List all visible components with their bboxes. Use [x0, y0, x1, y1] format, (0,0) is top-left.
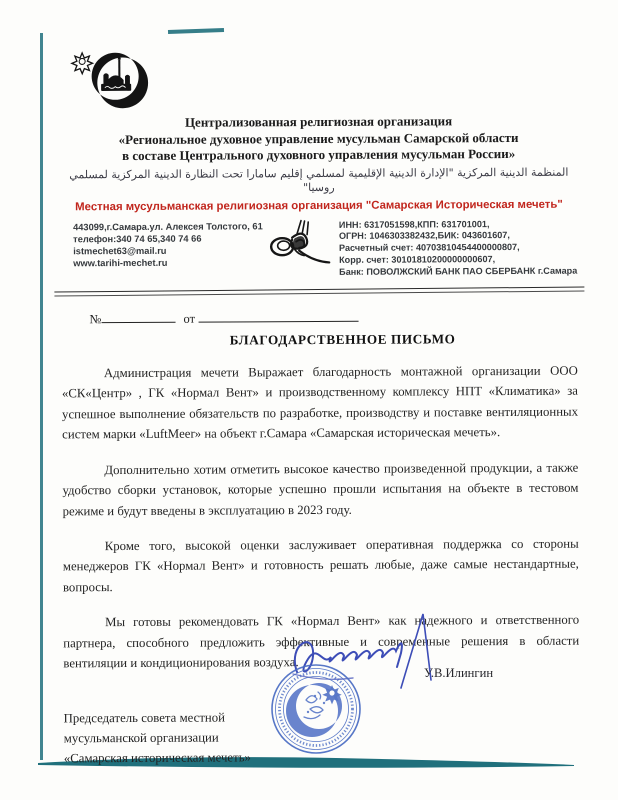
letterhead-info-row: 443099,г.Самара.ул. Алексея Толстого, 61… — [61, 218, 577, 280]
phone-line: телефон:340 74 65,340 74 66 — [73, 232, 263, 245]
email-line: istmechet63@mail.ru — [73, 244, 263, 257]
address-line: 443099,г.Самара.ул. Алексея Толстого, 61 — [73, 220, 263, 233]
local-org-name: Местная мусульманская религиозная органи… — [61, 198, 577, 215]
round-stamp-icon — [268, 662, 364, 756]
scanned-letter-page: Централизованная религиозная организация… — [0, 0, 618, 800]
tughra-emblem — [268, 216, 334, 274]
paragraph-1: Администрация мечети Выражает благодарно… — [62, 360, 578, 445]
signatory-name: У.В.Илингин — [424, 666, 493, 681]
arabic-org-name: المنظمة الدينية المركزية "الإدارة الديني… — [61, 166, 577, 197]
reference-line: №от — [89, 308, 577, 327]
website-line: www.tarihi-mechet.ru — [73, 257, 263, 270]
letterhead-divider — [54, 286, 584, 296]
scan-edge-left — [40, 33, 43, 760]
organization-stamp — [268, 662, 364, 756]
eight-point-star-icon — [72, 53, 93, 74]
number-blank — [101, 310, 175, 322]
bank-name-line: Банк: ПОВОЛЖСКИЙ БАНК ПАО СБЕРБАНК г.Сам… — [339, 266, 577, 279]
letter-title: БЛАГОДАРСТВЕННОЕ ПИСЬМО — [108, 330, 578, 348]
contact-block: 443099,г.Самара.ул. Алексея Толстого, 61… — [61, 220, 263, 270]
stamp-calligraphy — [304, 692, 323, 719]
bank-details-block: ИНН: 6317051598,КПП: 631701001, ОГРН: 10… — [339, 218, 577, 278]
paragraph-2: Дополнительно хотим отметить высокое кач… — [62, 457, 578, 521]
date-blank — [198, 309, 358, 322]
crescent-mosque-logo-icon — [66, 47, 160, 113]
number-label: № — [90, 312, 102, 326]
date-label: от — [183, 311, 195, 325]
stamp-star-icon — [322, 685, 341, 704]
organization-logo — [66, 45, 576, 114]
letterhead: Централизованная религиозная организация… — [60, 113, 577, 215]
tughra-icon — [268, 216, 334, 274]
scan-edge-top-mark — [168, 28, 224, 34]
org-name-line-2: в составе Центрального духовного управле… — [61, 146, 577, 165]
paragraph-3: Кроме того, высокой оценки заслуживает о… — [63, 534, 579, 598]
